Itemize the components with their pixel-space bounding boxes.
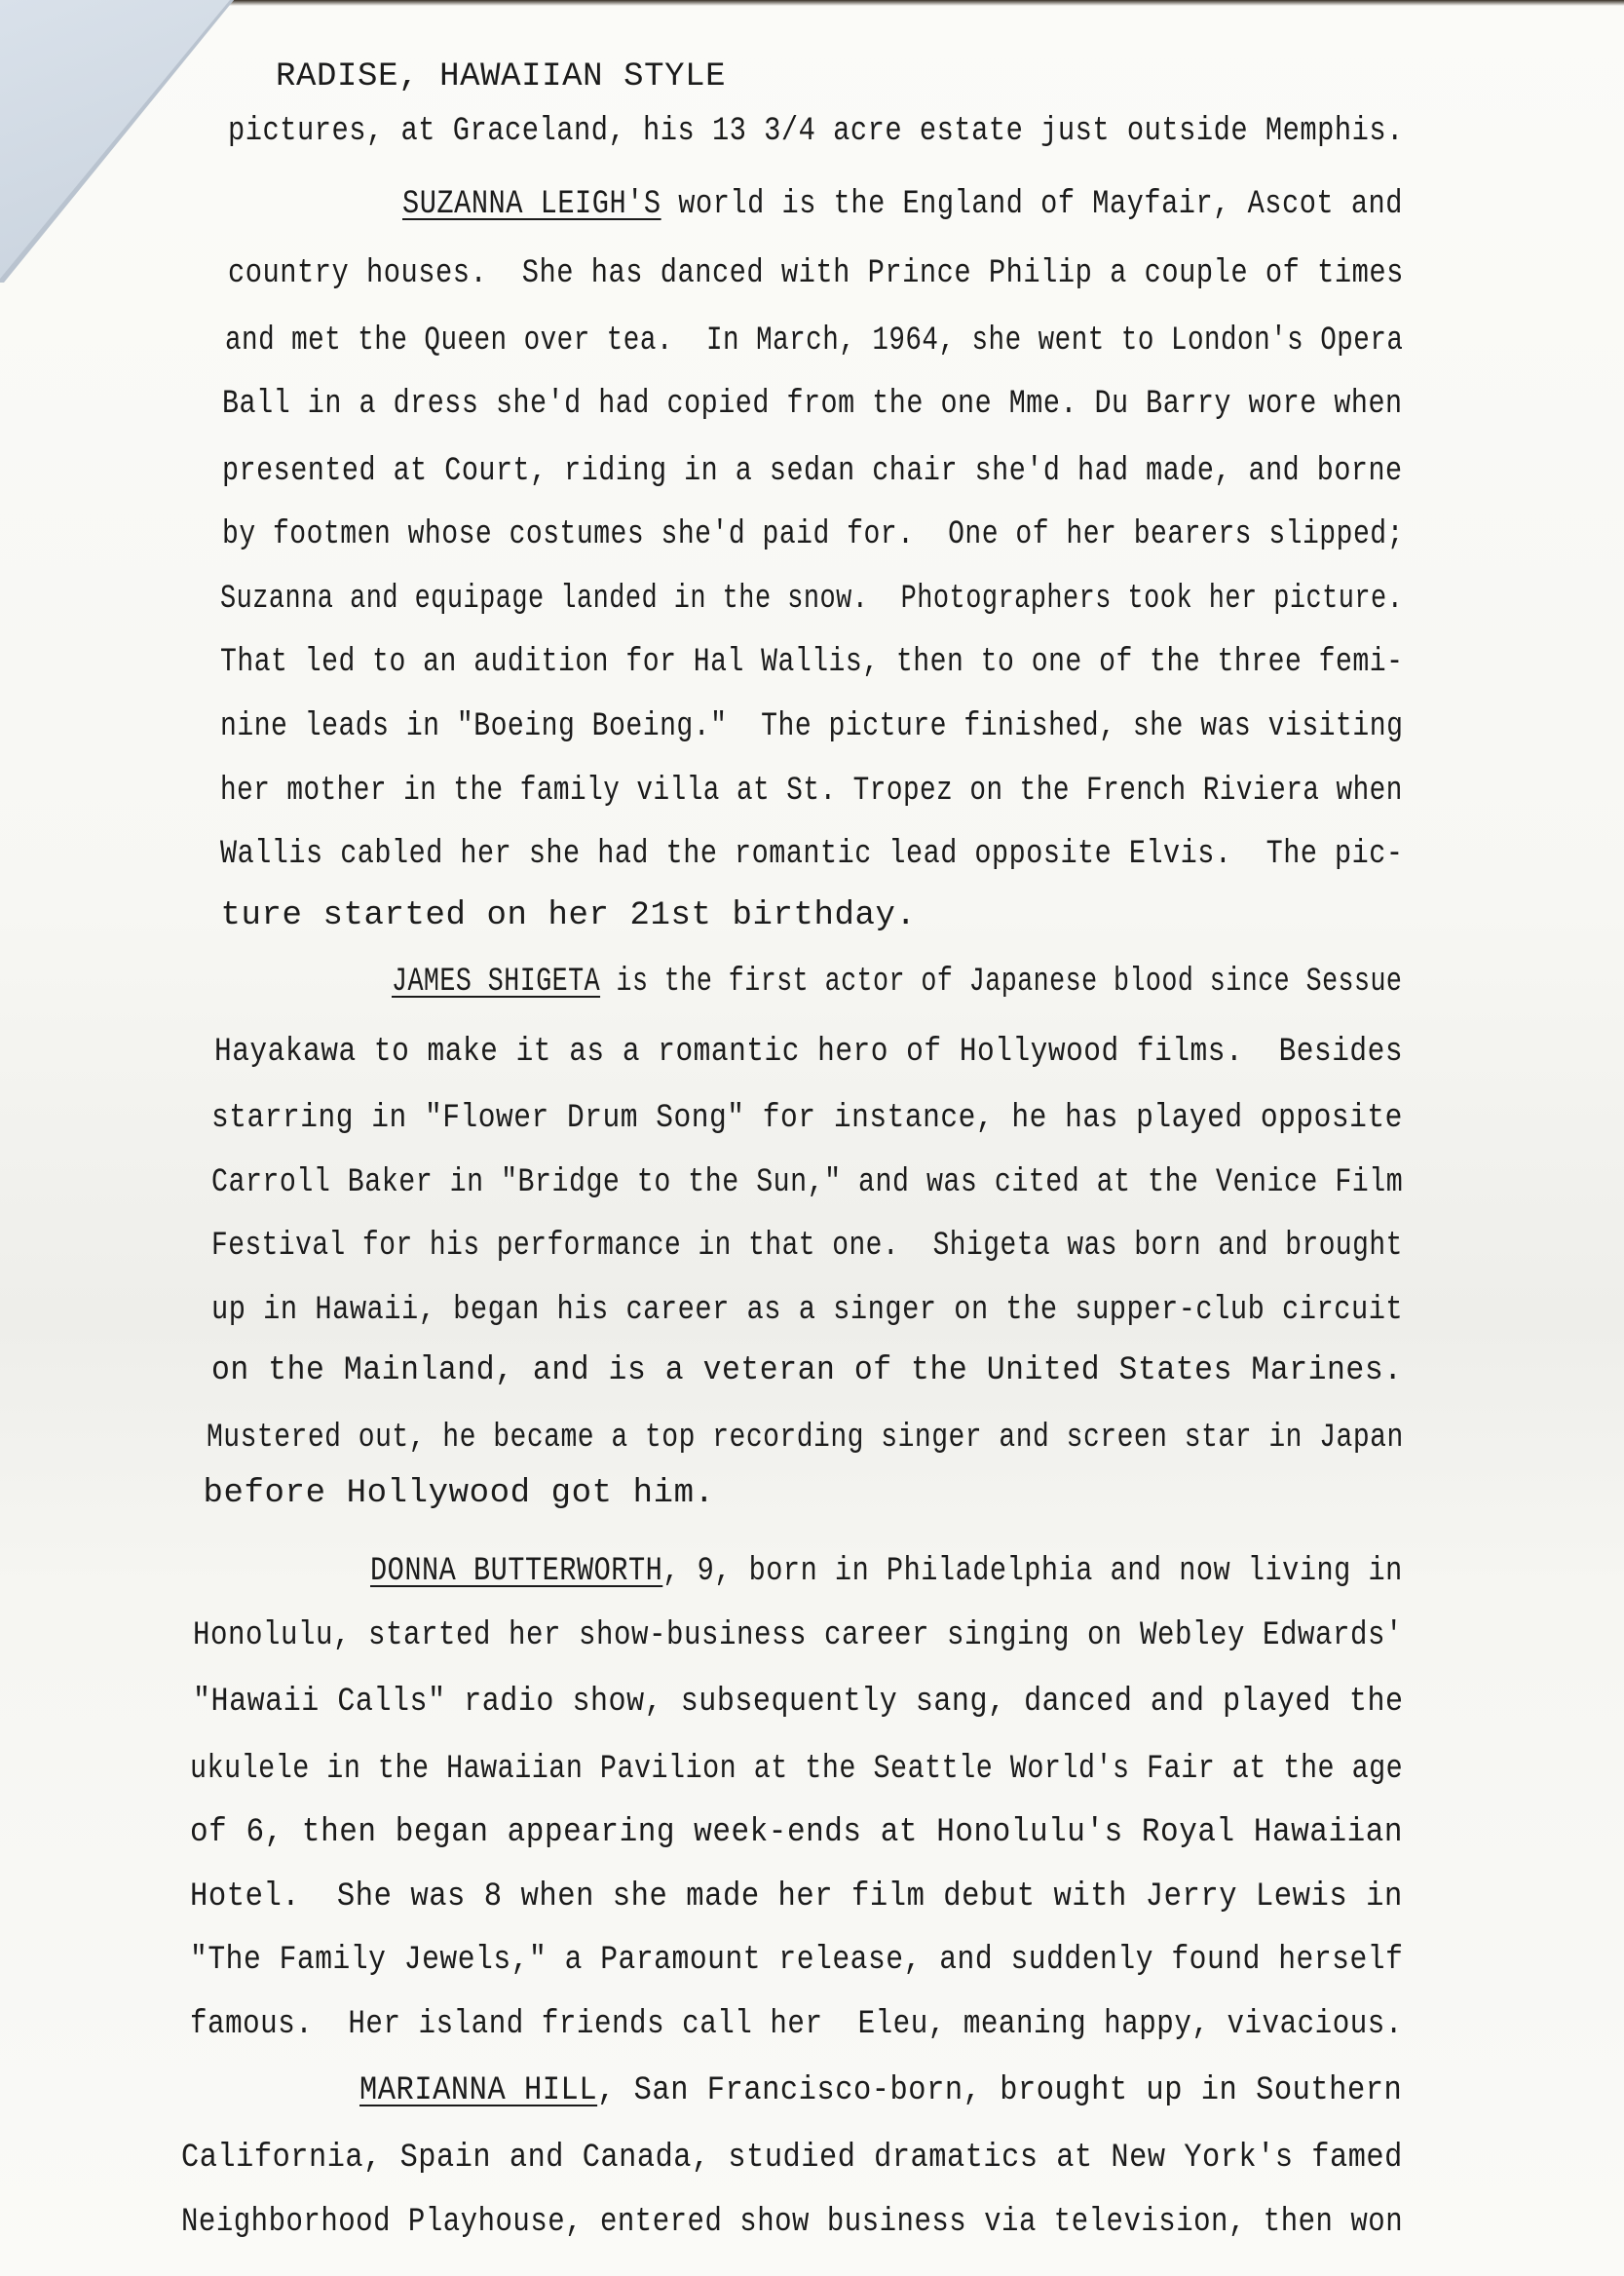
- text-line: California, Spain and Canada, studied dr…: [181, 2140, 1403, 2177]
- text-line: Neighborhood Playhouse, entered show bus…: [181, 2204, 1403, 2241]
- text-span: is the first actor of Japanese blood sin…: [600, 964, 1402, 1001]
- text-line: country houses. She has danced with Prin…: [228, 255, 1404, 292]
- text-line: up in Hawaii, began his career as a sing…: [211, 1292, 1403, 1329]
- text-line: famous. Her island friends call her Eleu…: [190, 2006, 1403, 2043]
- text-line: on the Mainland, and is a veteran of the…: [211, 1352, 1403, 1389]
- text-line: Wallis cabled her she had the romantic l…: [220, 836, 1403, 873]
- text-line: That led to an audition for Hal Wallis, …: [220, 644, 1403, 681]
- text-line: starring in "Flower Drum Song" for insta…: [211, 1100, 1403, 1137]
- person-name-suzanna-leigh: SUZANNA LEIGH'S: [402, 186, 661, 223]
- text-line: of 6, then began appearing week-ends at …: [190, 1814, 1403, 1851]
- text-line: JAMES SHIGETA is the first actor of Japa…: [392, 964, 1402, 1001]
- text-span: , 9, born in Philadelphia and now living…: [662, 1553, 1403, 1590]
- text-span: , San Francisco-born, brought up in Sout…: [598, 2072, 1403, 2109]
- person-name-james-shigeta: JAMES SHIGETA: [392, 964, 600, 1001]
- text-line: Hayakawa to make it as a romantic hero o…: [214, 1034, 1403, 1071]
- text-span: world is the England of Mayfair, Ascot a…: [661, 186, 1402, 223]
- text-line: presented at Court, riding in a sedan ch…: [222, 453, 1403, 490]
- text-line: ture started on her 21st birthday.: [220, 897, 916, 934]
- page-top-shadow: [0, 0, 1624, 6]
- text-line: Honolulu, started her show-business care…: [193, 1617, 1403, 1654]
- text-line: nine leads in "Boeing Boeing." The pictu…: [220, 708, 1403, 745]
- text-line: "Hawaii Calls" radio show, subsequently …: [193, 1684, 1404, 1721]
- text-line: and met the Queen over tea. In March, 19…: [225, 322, 1403, 360]
- text-line: pictures, at Graceland, his 13 3/4 acre …: [228, 113, 1404, 150]
- text-line: Suzanna and equipage landed in the snow.…: [220, 581, 1403, 618]
- text-line: her mother in the family villa at St. Tr…: [220, 773, 1403, 810]
- person-name-donna-butterworth: DONNA BUTTERWORTH: [370, 1553, 662, 1590]
- text-line: DONNA BUTTERWORTH, 9, born in Philadelph…: [370, 1553, 1403, 1590]
- typewritten-page: RADISE, HAWAIIAN STYLE 8. pictures, at G…: [0, 0, 1624, 2276]
- person-name-marianna-hill: MARIANNA HILL: [359, 2072, 597, 2109]
- text-line: Ball in a dress she'd had copied from th…: [222, 386, 1403, 423]
- running-header: RADISE, HAWAIIAN STYLE: [276, 58, 726, 95]
- text-line: MARIANNA HILL, San Francisco-born, broug…: [359, 2072, 1402, 2109]
- text-line: SUZANNA LEIGH'S world is the England of …: [402, 186, 1403, 223]
- text-line: by footmen whose costumes she'd paid for…: [222, 516, 1404, 553]
- text-line: Mustered out, he became a top recording …: [207, 1420, 1404, 1457]
- text-line: Hotel. She was 8 when she made her film …: [190, 1878, 1403, 1916]
- text-line: before Hollywood got him.: [204, 1475, 715, 1512]
- text-line: "The Family Jewels," a Paramount release…: [190, 1942, 1403, 1979]
- text-line: Carroll Baker in "Bridge to the Sun," an…: [211, 1164, 1403, 1201]
- text-line: ukulele in the Hawaiian Pavilion at the …: [190, 1751, 1403, 1788]
- text-line: Festival for his performance in that one…: [211, 1228, 1403, 1265]
